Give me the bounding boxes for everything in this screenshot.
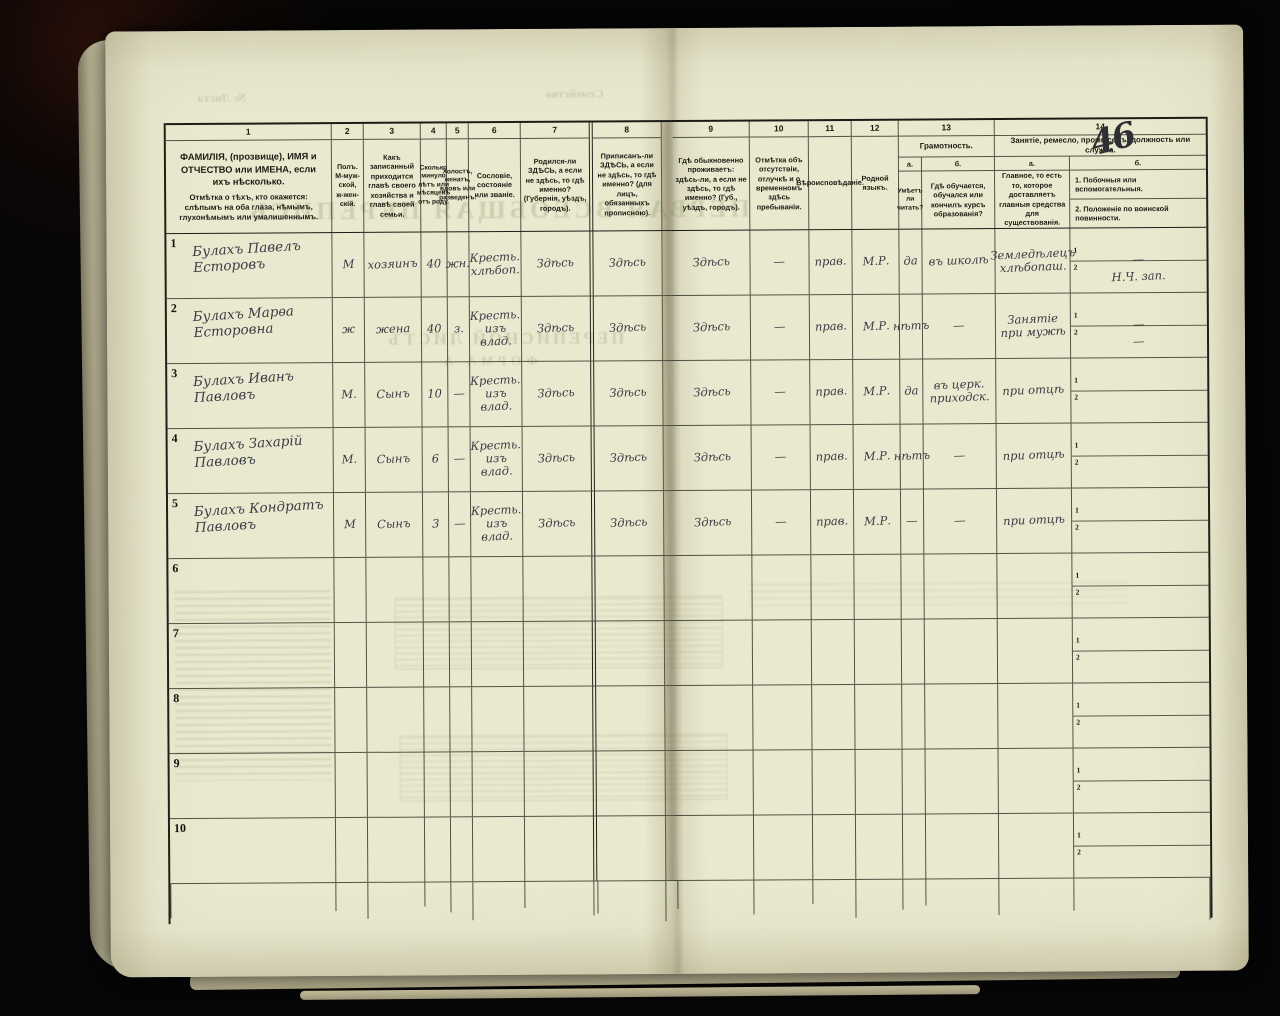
religion-cell <box>812 815 855 879</box>
header-col8: Приписанъ-ли ЗДѢСЬ, а если не здѣсь, то … <box>593 138 662 230</box>
name-value <box>178 559 194 568</box>
col14b-cell: 1 2 <box>1071 488 1208 553</box>
col14b-cell: 1 — 2 Н.Ч. зап. <box>1069 228 1206 293</box>
school-cell <box>924 684 997 748</box>
double-rule <box>590 297 594 361</box>
col-number-3: 3 <box>363 124 420 140</box>
religion-cell: прав. <box>810 425 853 489</box>
estate-cell <box>471 622 523 686</box>
line-stub <box>170 884 171 918</box>
name-cell: 10 <box>170 818 335 883</box>
sex-cell <box>335 818 367 882</box>
relation-cell: Сынъ <box>365 428 422 492</box>
line-stub <box>335 883 336 911</box>
born-cell: Здѣсь <box>522 427 591 491</box>
registered-cell <box>597 816 665 880</box>
header-col5: Холостъ, женатъ, вдовъ или разведенъ. <box>446 139 469 231</box>
fold-band <box>665 751 677 815</box>
religion-value: прав. <box>816 515 848 530</box>
line-stub <box>524 882 525 908</box>
header-col3: Какъ записанный приходится главѣ своего … <box>363 140 421 232</box>
line-stub <box>597 881 598 913</box>
age-value: 10 <box>427 388 442 402</box>
registered-value: Здѣсь <box>609 321 647 336</box>
language-cell: М.Р. <box>853 490 900 554</box>
col-number-7: 7 <box>520 123 589 139</box>
header-col13-a-label: а. <box>898 157 921 171</box>
subrow-label-1: 1 <box>1075 441 1079 450</box>
language-value: М.Р. <box>863 515 890 529</box>
language-value: М.Р. <box>863 385 890 399</box>
col14b-cell: 1 2 <box>1070 358 1207 423</box>
subrow-label-2: 2 <box>1076 588 1080 597</box>
subrow-label-1: 1 <box>1076 701 1080 710</box>
absence-cell <box>753 815 812 879</box>
occupation-value: Занятіе при мужѣ <box>995 311 1070 340</box>
name-value <box>179 689 195 698</box>
relation-value: хозяинъ <box>367 257 417 272</box>
registered-cell <box>596 621 664 685</box>
school-cell <box>924 619 997 683</box>
resides-cell: Здѣсь <box>675 426 751 490</box>
header-col1: ФАМИЛІЯ, (прозвище), ИМЯ и ОТЧЕСТВО или … <box>166 140 332 233</box>
row-number: 6 <box>168 559 178 576</box>
marital-cell <box>450 817 472 881</box>
born-value: Здѣсь <box>538 451 576 466</box>
school-cell: въ школѣ <box>921 229 994 293</box>
occupation-cell <box>998 749 1073 813</box>
absence-value: — <box>774 386 786 400</box>
header-col2: Полъ. М-муж-ской, ж-жен-скій. <box>331 140 364 232</box>
census-page: № Листа Семейство ПЕРВАЯ ВСЕОБЩАЯ ПЕРЕПИ… <box>105 25 1249 978</box>
subrow-label-1: 1 <box>1077 766 1081 775</box>
estate-cell: Кресть. изъ влад. <box>469 362 521 426</box>
religion-cell <box>811 620 854 684</box>
fold-band <box>661 231 673 295</box>
marital-cell: жн. <box>446 232 468 296</box>
col14b-cell: 1 2 <box>1072 683 1209 748</box>
bleedthrough-sheet-number: № Листа <box>197 91 245 106</box>
military-subcell: 2 — <box>1071 325 1207 358</box>
school-cell: въ церк. приходск. <box>922 359 995 423</box>
header-col11: Вѣроисповѣданіе. <box>808 137 852 229</box>
school-cell <box>925 749 998 813</box>
resides-cell: Здѣсь <box>675 491 751 555</box>
age-value: 6 <box>431 453 439 467</box>
subrow-label-1: 1 <box>1074 376 1078 385</box>
line-stub <box>677 881 678 909</box>
table-row: 7 1 2 <box>169 618 1209 689</box>
sex-cell: ж <box>332 298 364 362</box>
occupation-value: Земледѣлецъ хлѣбопаш. <box>990 246 1076 276</box>
occupation-cell: при отцѣ <box>996 489 1071 553</box>
table-row: 1 Булахъ Павелъ Есторовъ М хозяинъ 40 жн… <box>166 228 1206 299</box>
occupation-cell: при отцѣ <box>995 359 1070 423</box>
subrow-label-1: 1 <box>1073 246 1077 255</box>
col14b-cell: 1 2 <box>1071 423 1208 488</box>
reads-cell: да <box>899 359 922 423</box>
resides-cell <box>676 621 752 685</box>
header-col14-b1: 1. Побочныя или вспомогательныя. <box>1069 169 1206 199</box>
language-cell: М.Р. <box>852 360 899 424</box>
name-value: Булахъ Иванъ Павловъ <box>176 359 333 407</box>
sex-value: ж <box>342 323 356 337</box>
sex-cell <box>333 558 365 622</box>
absence-cell: — <box>750 295 809 359</box>
col-number-8: 8 <box>593 122 661 138</box>
marital-value: з. <box>453 323 463 337</box>
header-col14-a-label: а. <box>994 156 1069 170</box>
line-stub <box>753 881 754 915</box>
age-cell: 40 <box>420 232 446 296</box>
occupation-value: при отцѣ <box>1003 448 1065 464</box>
language-cell <box>854 685 901 749</box>
born-cell: Здѣсь <box>521 362 590 426</box>
table-header: 1 2 3 4 5 6 7 8 9 10 11 12 13 14 ФАМИЛІЯ… <box>166 117 1207 234</box>
table-row: 6 1 2 <box>168 553 1208 624</box>
name-cell: 7 <box>169 623 334 688</box>
name-cell: 8 <box>169 688 334 753</box>
language-value: М.Р. <box>862 320 889 334</box>
relation-cell <box>367 818 424 882</box>
table-line-stubs <box>170 878 1210 924</box>
marital-cell <box>449 687 471 751</box>
header-col14-a: Главное, то есть то, которое доставляетъ… <box>994 170 1069 228</box>
military-subcell: 2 <box>1071 390 1207 423</box>
absence-cell: — <box>751 425 810 489</box>
fold-band <box>665 816 677 880</box>
name-cell: 6 <box>168 558 333 623</box>
age-value: 40 <box>426 258 441 272</box>
religion-cell: прав. <box>809 360 852 424</box>
resides-cell: Здѣсь <box>674 361 750 425</box>
estate-cell: Кресть. хлѣбоп. <box>468 232 520 296</box>
marital-cell <box>448 557 470 621</box>
resides-cell: Здѣсь <box>673 231 749 295</box>
estate-cell <box>472 752 524 816</box>
occupation-value: при отцѣ <box>1002 383 1064 399</box>
religion-cell <box>810 555 853 619</box>
marital-value: — <box>453 387 465 401</box>
resides-cell <box>677 751 753 815</box>
born-cell <box>524 752 593 816</box>
language-value: М.Р. <box>862 255 889 269</box>
occupation-cell: Занятіе при мужѣ <box>995 294 1070 358</box>
line-stub <box>450 882 451 912</box>
age-cell: 10 <box>421 362 447 426</box>
estate-value: Кресть. изъ влад. <box>470 373 523 415</box>
occupation-cell <box>997 619 1072 683</box>
subrow-label-2: 2 <box>1076 653 1080 662</box>
resides-value: Здѣсь <box>693 255 731 270</box>
subrow-label-2: 2 <box>1077 783 1081 792</box>
resides-cell <box>677 816 753 880</box>
born-value: Здѣсь <box>537 386 575 401</box>
estate-cell <box>470 557 522 621</box>
marital-cell: з. <box>447 297 469 361</box>
military-value: Н.Ч. зап. <box>1111 269 1166 284</box>
subrow-label-1: 1 <box>1075 571 1079 580</box>
line-stub <box>472 882 473 920</box>
reads-cell <box>901 619 924 683</box>
absence-cell: — <box>750 360 809 424</box>
header-col14-b2: 2. Положеніе по воинской повинности. <box>1069 198 1206 228</box>
resides-cell <box>675 556 751 620</box>
double-rule <box>593 816 597 880</box>
table-row: 9 1 2 <box>170 748 1210 819</box>
resides-cell <box>676 686 752 750</box>
header-col13-a: Умѣетъ ли читать? <box>898 171 921 229</box>
religion-cell: прав. <box>809 295 852 359</box>
subrow-label-1: 1 <box>1074 311 1078 320</box>
reads-cell: — <box>900 489 923 553</box>
row-number: 7 <box>169 624 179 641</box>
header-col12: Родной языкъ. <box>851 137 899 229</box>
school-cell <box>923 554 996 618</box>
school-cell <box>925 814 998 878</box>
col-number-5: 5 <box>446 123 468 139</box>
registered-value: Здѣсь <box>610 516 648 531</box>
col14b-cell: 1 2 <box>1073 748 1210 813</box>
fold-band <box>664 621 676 685</box>
sex-cell: М. <box>332 363 364 427</box>
military-subcell: 2 <box>1074 845 1210 878</box>
col-number-9: 9 <box>673 122 749 138</box>
registered-cell: Здѣсь <box>595 491 663 555</box>
line-stub <box>665 881 666 921</box>
sex-value: М <box>343 518 355 532</box>
occupation-cell: при отцѣ <box>996 424 1071 488</box>
language-cell <box>854 620 901 684</box>
marital-cell: — <box>447 362 469 426</box>
born-cell <box>523 687 592 751</box>
col14b-cell: 1 2 <box>1071 553 1208 618</box>
military-subcell: 2 <box>1074 780 1210 813</box>
born-cell: Здѣсь <box>522 492 591 556</box>
reads-value: — <box>906 515 918 529</box>
estate-cell: Кресть. изъ влад. <box>470 492 522 556</box>
relation-cell: хозяинъ <box>363 233 420 297</box>
name-cell: 2 Булахъ Марѳа Есторовна <box>167 298 332 363</box>
reads-cell <box>902 749 925 813</box>
age-cell <box>422 557 448 621</box>
name-value: Булахъ Марѳа Есторовна <box>176 294 333 342</box>
absence-cell: — <box>751 490 810 554</box>
subrow-label-2: 2 <box>1074 263 1078 272</box>
header-col1-note: Отмѣтка о тѣхъ, кто окажется: слѣпымъ на… <box>172 192 325 223</box>
name-value: Булахъ Павелъ Есторовъ <box>175 229 332 277</box>
col-number-13: 13 <box>898 120 994 137</box>
school-cell: — <box>922 294 995 358</box>
name-value <box>186 818 202 827</box>
name-cell: 5 Булахъ Кондратъ Павловъ <box>168 493 333 558</box>
sex-cell <box>334 623 366 687</box>
col-number-4: 4 <box>420 123 446 139</box>
relation-value: Сынъ <box>377 517 411 532</box>
sex-cell: М <box>333 493 365 557</box>
religion-cell: прав. <box>810 490 853 554</box>
photo-background: № Листа Семейство ПЕРВАЯ ВСЕОБЩАЯ ПЕРЕПИ… <box>0 0 1280 1016</box>
estate-value: Кресть. изъ влад. <box>470 503 523 545</box>
sex-cell: М. <box>333 428 365 492</box>
relation-cell: Сынъ <box>364 363 421 427</box>
relation-cell <box>366 688 423 752</box>
line-stub <box>1073 879 1074 911</box>
language-cell <box>853 555 900 619</box>
reads-cell: нѣтъ <box>900 424 923 488</box>
born-cell <box>522 557 591 621</box>
reads-value: да <box>904 385 919 399</box>
age-cell <box>424 817 450 881</box>
born-value: Здѣсь <box>537 321 575 336</box>
name-cell: 9 <box>170 753 335 818</box>
relation-value: Сынъ <box>376 387 410 402</box>
military-value: — <box>1133 335 1145 349</box>
school-value: въ школѣ <box>928 253 989 269</box>
line-stub <box>424 883 425 907</box>
sex-value: М. <box>341 453 357 467</box>
sex-cell <box>334 688 366 752</box>
resides-value: Здѣсь <box>693 385 731 400</box>
estate-value: Кресть. изъ влад. <box>470 438 523 480</box>
double-rule <box>592 621 596 685</box>
military-subcell: 2 <box>1073 715 1209 748</box>
line-stub <box>812 880 813 904</box>
reads-cell: да <box>898 230 921 294</box>
resides-value: Здѣсь <box>694 450 732 465</box>
born-value: Здѣсь <box>537 256 575 271</box>
absence-cell <box>752 620 811 684</box>
row-number: 9 <box>170 754 180 771</box>
name-value <box>179 624 195 633</box>
relation-cell <box>365 558 422 622</box>
registered-value: Здѣсь <box>610 451 648 466</box>
age-cell: 6 <box>422 427 448 491</box>
name-cell: 1 Булахъ Павелъ Есторовъ <box>166 233 331 298</box>
line-stub <box>998 879 999 915</box>
name-cell: 3 Булахъ Иванъ Павловъ <box>167 363 332 428</box>
double-rule <box>589 232 593 296</box>
age-value: 40 <box>427 323 442 337</box>
language-cell: М.Р. <box>851 230 898 294</box>
registered-value: Здѣсь <box>609 386 647 401</box>
age-cell: 40 <box>421 297 447 361</box>
header-col14-b-label: б. <box>1069 155 1206 170</box>
col14b-cell: 1 2 <box>1073 813 1210 878</box>
fold-band <box>664 686 676 750</box>
line-stub <box>1209 878 1210 920</box>
occupation-cell: Земледѣлецъ хлѣбопаш. <box>994 229 1069 293</box>
line-stub <box>925 879 926 905</box>
military-subcell: 2 <box>1073 650 1209 683</box>
fold-band <box>663 556 675 620</box>
sex-value: М <box>342 258 354 272</box>
header-col9: Гдѣ обыкновенно проживаетъ: здѣсь-ли, а … <box>673 138 750 230</box>
estate-cell <box>471 687 523 751</box>
col-number-10: 10 <box>749 121 808 137</box>
resides-cell: Здѣсь <box>674 296 750 360</box>
relation-cell <box>367 753 424 817</box>
relation-value: Сынъ <box>377 452 411 467</box>
born-cell <box>523 622 592 686</box>
age-cell <box>424 752 450 816</box>
double-rule <box>592 686 596 750</box>
double-rule <box>590 362 594 426</box>
marital-cell <box>450 752 472 816</box>
religion-value: прав. <box>815 450 847 465</box>
sex-cell <box>335 753 367 817</box>
line-stub <box>593 882 594 916</box>
marital-value: жн. <box>446 257 471 271</box>
absence-value: — <box>774 256 786 270</box>
born-cell <box>524 817 593 881</box>
name-value <box>179 754 195 763</box>
reads-cell <box>900 554 923 618</box>
subrow-label-2: 2 <box>1076 718 1080 727</box>
estate-value: Кресть. хлѣбоп. <box>469 250 521 279</box>
line-stub <box>902 880 903 910</box>
double-rule <box>591 556 595 620</box>
military-subcell: 2 <box>1072 520 1208 553</box>
registered-value: Здѣсь <box>609 256 647 271</box>
col-number-1: 1 <box>166 124 331 141</box>
fold-band <box>663 426 675 490</box>
estate-cell: Кресть. изъ влад. <box>470 427 522 491</box>
census-table: 46 1 2 3 4 5 6 7 8 9 10 11 12 13 14 ФАМИ… <box>164 117 1213 924</box>
age-cell <box>423 622 449 686</box>
born-cell: Здѣсь <box>521 297 590 361</box>
marital-cell: — <box>448 492 470 556</box>
language-cell <box>855 815 902 879</box>
occupation-cell <box>997 684 1072 748</box>
registered-cell: Здѣсь <box>593 231 661 295</box>
row-number: 8 <box>169 689 179 706</box>
col14b-cell: 1 — 2 — <box>1070 293 1207 358</box>
col-number-11: 11 <box>808 121 851 137</box>
line-stub <box>367 883 368 919</box>
subrow-label-1: 1 <box>1077 831 1081 840</box>
school-value: — <box>954 449 966 463</box>
reads-value: да <box>903 255 918 269</box>
reads-cell: нѣтъ <box>899 295 922 359</box>
table-row: 10 1 2 <box>170 813 1210 884</box>
fold-band-header <box>661 122 674 230</box>
resides-value: Здѣсь <box>693 320 731 335</box>
registered-cell: Здѣсь <box>594 296 662 360</box>
fold-band <box>663 491 675 555</box>
subrow-label-2: 2 <box>1075 458 1079 467</box>
religion-cell: прав. <box>808 230 851 294</box>
table-row: 4 Булахъ Захарій Павловъ М. Сынъ 6 — Кре… <box>168 423 1208 494</box>
col14b-cell: 1 2 <box>1072 618 1209 683</box>
estate-value: Кресть. изъ влад. <box>469 308 522 350</box>
name-value: Булахъ Кондратъ Павловъ <box>177 489 334 537</box>
table-row: 8 1 2 <box>169 683 1209 754</box>
military-subcell: 2 <box>1072 455 1208 488</box>
double-rule <box>591 492 595 556</box>
relation-cell: Сынъ <box>365 493 422 557</box>
relation-cell: жена <box>364 298 421 362</box>
marital-cell: — <box>448 427 470 491</box>
double-rule <box>589 123 594 231</box>
table-row: 3 Булахъ Иванъ Павловъ М. Сынъ 10 — Крес… <box>167 358 1207 429</box>
registered-cell <box>596 686 664 750</box>
born-cell: Здѣсь <box>520 232 589 296</box>
marital-cell <box>449 622 471 686</box>
occupation-cell <box>996 554 1071 618</box>
subrow-label-1: 1 <box>1075 506 1079 515</box>
name-value: Булахъ Захарій Павловъ <box>177 424 334 472</box>
